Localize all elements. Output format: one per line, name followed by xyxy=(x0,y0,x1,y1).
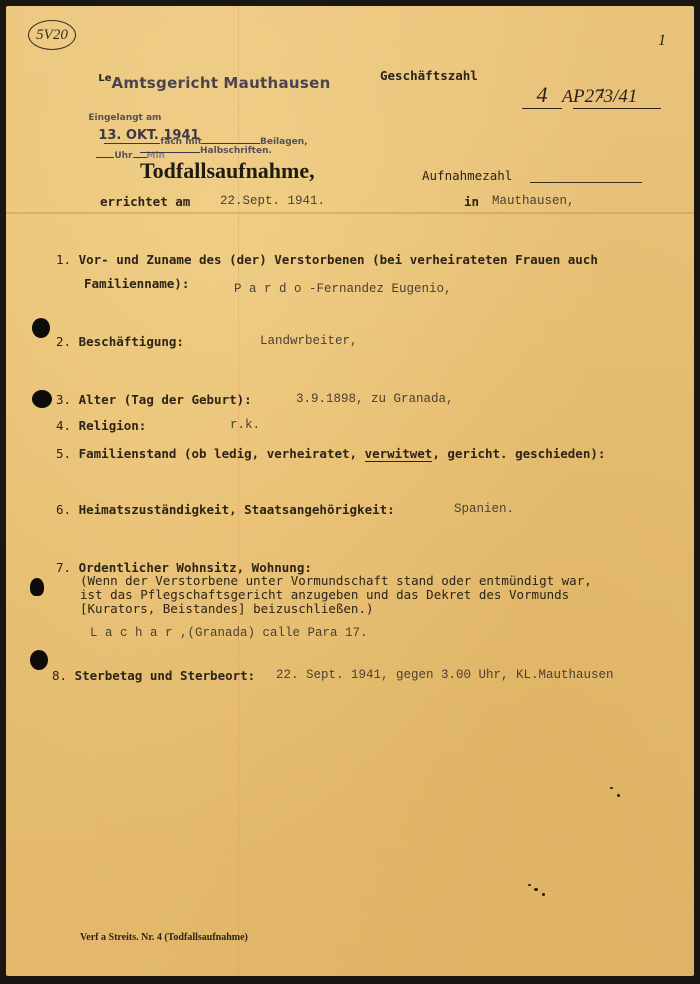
punch-hole xyxy=(32,390,52,408)
ink-speck xyxy=(534,888,538,891)
item-label-rest: , gericht. geschieden): xyxy=(432,446,605,461)
document-title: Todfallsaufnahme, xyxy=(140,158,315,183)
established-place-label: in xyxy=(464,194,479,209)
archive-number: 5V20 xyxy=(28,20,76,50)
item-number: 7. xyxy=(56,560,71,575)
item-7-note-line: (Wenn der Verstorbene unter Vormundschaf… xyxy=(80,574,592,588)
item-7-note: (Wenn der Verstorbene unter Vormundschaf… xyxy=(80,574,592,616)
item-1-value: P a r d o -Fernandez Eugenio, xyxy=(234,282,452,296)
case-number-letter: A xyxy=(562,86,573,106)
item-number: 5. xyxy=(56,446,71,461)
item-6: 6. Heimatszuständigkeit, Staatsangehörig… xyxy=(56,502,395,517)
item-3-value: 3.9.1898, zu Granada, xyxy=(296,392,454,406)
corner-mark: 1 xyxy=(658,32,666,50)
item-number: 4. xyxy=(56,418,71,433)
item-2-value: Landwrbeiter, xyxy=(260,334,358,348)
item-label: Religion: xyxy=(79,418,147,433)
form-footer: Verf a Streits. Nr. 4 (Todfallsaufnahme) xyxy=(80,932,248,943)
item-label: Sterbetag und Sterbeort: xyxy=(75,668,256,683)
punch-hole xyxy=(32,318,50,338)
item-number: 3. xyxy=(56,392,71,407)
case-number-value: 4AP273/41 xyxy=(500,56,640,135)
item-number: 2. xyxy=(56,334,71,349)
ink-speck xyxy=(528,884,531,886)
item-label: Alter (Tag der Geburt): xyxy=(79,392,252,407)
item-number: 8. xyxy=(52,668,67,683)
item-label: Beschäftigung: xyxy=(79,334,184,349)
item-3: 3. Alter (Tag der Geburt): xyxy=(56,392,252,407)
case-number-sub-mark: 1 xyxy=(598,86,606,103)
punch-hole xyxy=(30,578,44,596)
record-number-field xyxy=(530,182,642,183)
item-label-marked-option: verwitwet xyxy=(365,446,433,462)
case-number-label: Geschäftszahl xyxy=(380,68,478,83)
item-7-note-line: [Kurators, Beistandes] beizuschließen.) xyxy=(80,602,592,616)
ink-speck xyxy=(610,787,613,789)
case-number-prefix: 4 xyxy=(522,82,562,109)
item-7-note-line: ist das Pflegschaftsgericht anzugeben un… xyxy=(80,588,592,602)
record-number-label: Aufnahmezahl xyxy=(422,168,512,183)
ink-speck xyxy=(617,794,620,797)
item-label: Heimatszuständigkeit, Staatsangehörigkei… xyxy=(79,502,395,517)
item-4-value: r.k. xyxy=(230,418,260,432)
punch-hole xyxy=(30,650,48,670)
item-1-label-cont: Familienname): xyxy=(84,276,189,291)
stamp-court-place: Mauthausen xyxy=(223,74,330,92)
item-number: 6. xyxy=(56,502,71,517)
case-number-number: P273/41 xyxy=(573,86,661,109)
established-date: 22.Sept. 1941. xyxy=(220,194,325,208)
item-7-value: L a c h a r ,(Granada) calle Para 17. xyxy=(90,626,368,640)
fold-line-horizontal xyxy=(6,212,694,214)
stamp-prefix: Le xyxy=(98,73,111,84)
ink-speck xyxy=(542,893,545,896)
item-number: 1. xyxy=(56,252,71,267)
item-label: Familienstand (ob ledig, verheiratet, xyxy=(79,446,365,461)
item-label: Vor- und Zuname des (der) Verstorbenen (… xyxy=(79,252,598,267)
title-row: Halbschriften. Todfallsaufnahme, xyxy=(124,122,315,202)
item-8: 8. Sterbetag und Sterbeort: xyxy=(52,668,255,683)
established-label: errichtet am xyxy=(100,194,190,209)
item-5: 5. Familienstand (ob ledig, verheiratet,… xyxy=(56,446,605,461)
document-page: 5V20 1 LeAmtsgericht Mauthausen Eingelan… xyxy=(6,6,694,976)
item-8-value: 22. Sept. 1941, gegen 3.00 Uhr, KL.Mauth… xyxy=(276,668,614,682)
item-6-value: Spanien. xyxy=(454,502,514,516)
stamp-halfsheets-label: Halbschriften. xyxy=(200,146,272,156)
established-place: Mauthausen, xyxy=(492,194,575,208)
item-4: 4. Religion: xyxy=(56,418,146,433)
item-2: 2. Beschäftigung: xyxy=(56,334,184,349)
item-1: 1. Vor- und Zuname des (der) Verstorbene… xyxy=(56,252,598,267)
